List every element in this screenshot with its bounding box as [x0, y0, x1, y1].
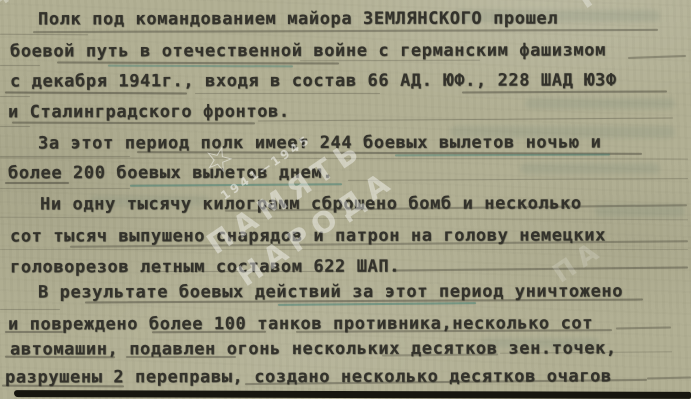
ghost-ink-smudge	[520, 163, 660, 174]
bottom-ink-band	[14, 390, 691, 399]
pencil-rule	[0, 217, 688, 220]
teal-underline	[278, 302, 476, 306]
document-line-3: с декабря 1941г., входя в состав 66 АД. …	[10, 70, 617, 91]
pencil-rule	[258, 118, 673, 122]
document-line-6: более 200 боевых вылетов днем.	[8, 163, 333, 184]
pencil-rule	[0, 34, 88, 35]
pencil-rule	[0, 65, 40, 66]
pencil-rule	[628, 55, 686, 59]
teal-underline	[130, 183, 342, 186]
document-line-8: сот тысяч выпушено снарядов и патрон на …	[10, 225, 606, 246]
watermark-fragment-top-left: ДА	[0, 0, 40, 16]
document-line-13: разрушены 2 переправы, создано несколько…	[5, 366, 612, 387]
teal-underline	[108, 65, 293, 68]
document-line-2: боевой путь в отечественной войне с герм…	[10, 40, 606, 61]
pencil-rule	[0, 309, 60, 310]
pencil-rule	[5, 92, 187, 95]
pencil-rule	[0, 156, 130, 157]
pencil-rule	[647, 377, 691, 380]
document-line-12: автомашин, подавлен огонь нескольких дес…	[10, 338, 617, 359]
pencil-rule	[0, 96, 30, 97]
document-line-11: и повреждено более 100 танков противника…	[8, 313, 593, 334]
scanned-document-page: Полк под командованием майора ЗЕМЛЯНСКОГ…	[0, 0, 691, 399]
pencil-rule	[33, 29, 658, 33]
watermark-fragment-top-right: НА	[570, 0, 640, 16]
document-line-9: головорезов летным составом 622 ШАП.	[10, 257, 400, 278]
pencil-rule	[0, 157, 688, 159]
pencil-rule	[0, 188, 130, 189]
document-line-7: Ни одну тысячу килограмм сброшено бомб и…	[40, 194, 582, 215]
pencil-rule	[462, 90, 667, 93]
teal-underline	[395, 154, 610, 157]
document-line-4: и Сталинградского фронтов.	[8, 102, 290, 122]
ghost-ink-smudge	[525, 98, 675, 109]
pencil-rule	[0, 126, 30, 127]
pencil-rule	[348, 178, 688, 181]
pencil-rule	[195, 93, 380, 94]
document-line-10: В результате боевых действий за этот пер…	[38, 281, 623, 302]
document-line-5: За этот период полк имеет 244 боевых выл…	[38, 133, 601, 154]
pencil-rule	[392, 266, 688, 271]
document-line-1: Полк под командованием майора ЗЕМЛЯНСКОГ…	[38, 9, 558, 30]
pencil-rule	[616, 327, 671, 330]
pencil-rule	[0, 249, 688, 250]
